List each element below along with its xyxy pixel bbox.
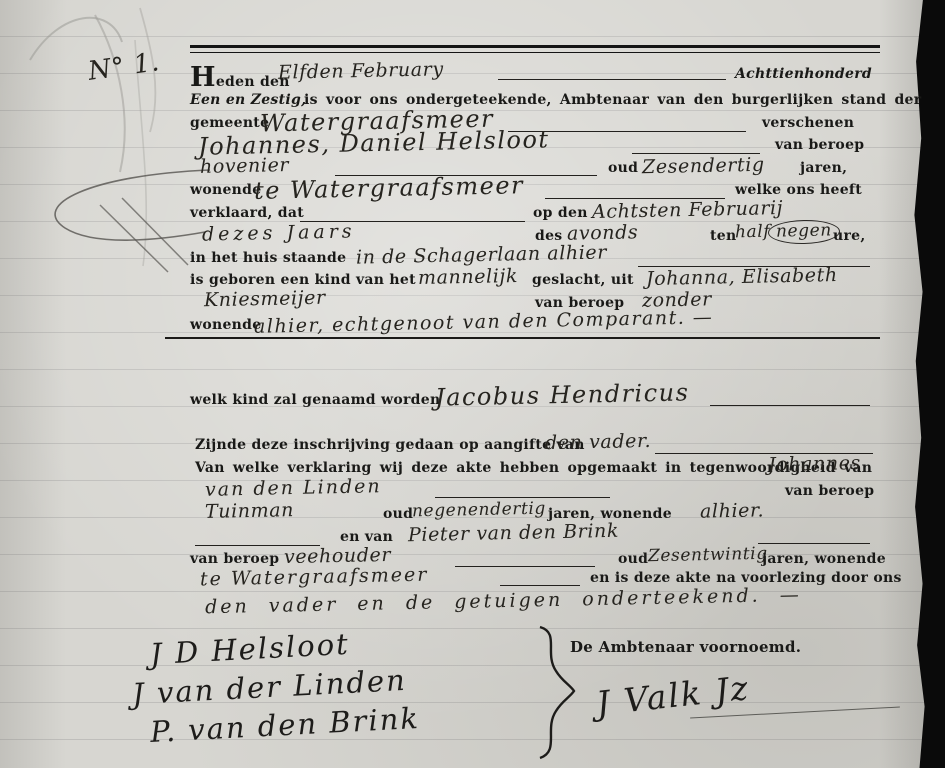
printed-in-het-huis: in het huis staande <box>190 250 346 266</box>
fill-line <box>758 543 870 544</box>
hand-closing-clause2: den vader en de getuigen onderteekend. — <box>205 584 802 618</box>
hand-date-day: Elfden February <box>278 58 444 83</box>
hand-witness1-occupation: Tuinman <box>205 499 294 523</box>
top-double-rule <box>190 45 880 53</box>
hand-witness2-residence: te Watergraafsmeer <box>200 564 429 591</box>
printed-van-beroep-3: van beroep <box>785 483 874 499</box>
section-rule <box>165 337 880 339</box>
signature-declarant: J D Helsloot <box>149 627 350 671</box>
hand-witness2-age: Zesentwintig <box>648 544 768 567</box>
hand-birth-date: Achtsten Februarij <box>592 197 784 223</box>
printed-year-sixty: Een en Zestig, <box>190 92 306 108</box>
hand-mother-name-1: Johanna, Elisabeth <box>646 264 838 290</box>
page-binding-edge <box>911 0 945 768</box>
printed-wonende-2: wonende <box>190 317 261 333</box>
hand-declarant-residence: te Watergraafsmeer <box>254 171 525 205</box>
printed-van-beroep-1: van beroep <box>775 137 864 153</box>
hand-declarant-age: Zesendertig <box>642 154 765 179</box>
hand-witness2-name: Pieter van den Brink <box>408 520 619 546</box>
printed-year: Achttienhonderd <box>735 66 872 82</box>
printed-heden-den: Heden den <box>190 62 290 93</box>
printed-is-geboren: is geboren een kind van het <box>190 272 416 288</box>
hand-gender: mannelijk <box>418 265 518 289</box>
hand-witness1-last: van den Linden <box>205 475 382 501</box>
printed-gemeente: gemeente <box>190 115 269 131</box>
hand-birth-time-circled-correction: negen <box>768 219 840 245</box>
printed-officer-label: De Ambtenaar voornoemd. <box>570 638 801 656</box>
printed-closing-clause: en is deze akte na voorlezing door ons <box>590 570 902 586</box>
printed-oud-3: oud <box>618 551 648 567</box>
printed-jaren-wonende-2: jaren, wonende <box>762 551 886 567</box>
printed-welke-ons-heeft: welke ons heeft <box>735 182 862 198</box>
printed-oud-1: oud <box>608 160 638 176</box>
hand-mother-residence: alhier, echtgenoot van den Comparant. — <box>254 306 714 338</box>
act-number: N° 1. <box>86 47 161 87</box>
hand-dezes-jaars: dezes Jaars <box>202 220 356 245</box>
printed-op-den: op den <box>533 205 588 221</box>
hand-witness1-residence: alhier. <box>700 499 765 522</box>
fill-line <box>455 566 595 567</box>
hand-birth-time: half <box>735 222 771 243</box>
hand-declarant-occupation: hovenier <box>200 154 290 178</box>
printed-oud-2: oud <box>383 506 413 522</box>
fill-line <box>498 79 726 80</box>
printed-child-clause: welk kind zal genaamd worden <box>190 392 440 408</box>
printed-jaren-1: jaren, <box>800 160 847 176</box>
printed-geslacht-uit: geslacht, uit <box>532 272 634 288</box>
printed-registration-clause: Zijnde deze inschrijving gedaan op aangi… <box>195 437 585 453</box>
hand-witness1-age: negenendertig <box>412 499 546 522</box>
hand-registrant: den vader. <box>545 430 652 454</box>
fill-line <box>500 585 580 586</box>
printed-van-beroep-4: van beroep <box>190 551 279 567</box>
hand-child-name: Jacobus Hendricus <box>435 378 690 411</box>
printed-verschenen: verschenen <box>762 115 854 131</box>
printed-wonende-1: wonende <box>190 182 261 198</box>
printed-verklaard-dat: verklaard, dat <box>190 205 304 221</box>
hand-mother-name-2: Kniesmeijer <box>204 287 326 312</box>
printed-en-van: en van <box>340 529 393 545</box>
printed-ten: ten <box>710 228 736 244</box>
birth-record-scan: N° 1. Heden den Elfden February Achttien… <box>0 0 945 768</box>
hand-witness1-first: Johannes <box>768 452 861 476</box>
hand-birth-place: in de Schagerlaan alhier <box>356 241 607 268</box>
fill-line <box>710 405 870 406</box>
printed-ure: ure, <box>833 228 866 244</box>
fill-line <box>435 497 610 498</box>
